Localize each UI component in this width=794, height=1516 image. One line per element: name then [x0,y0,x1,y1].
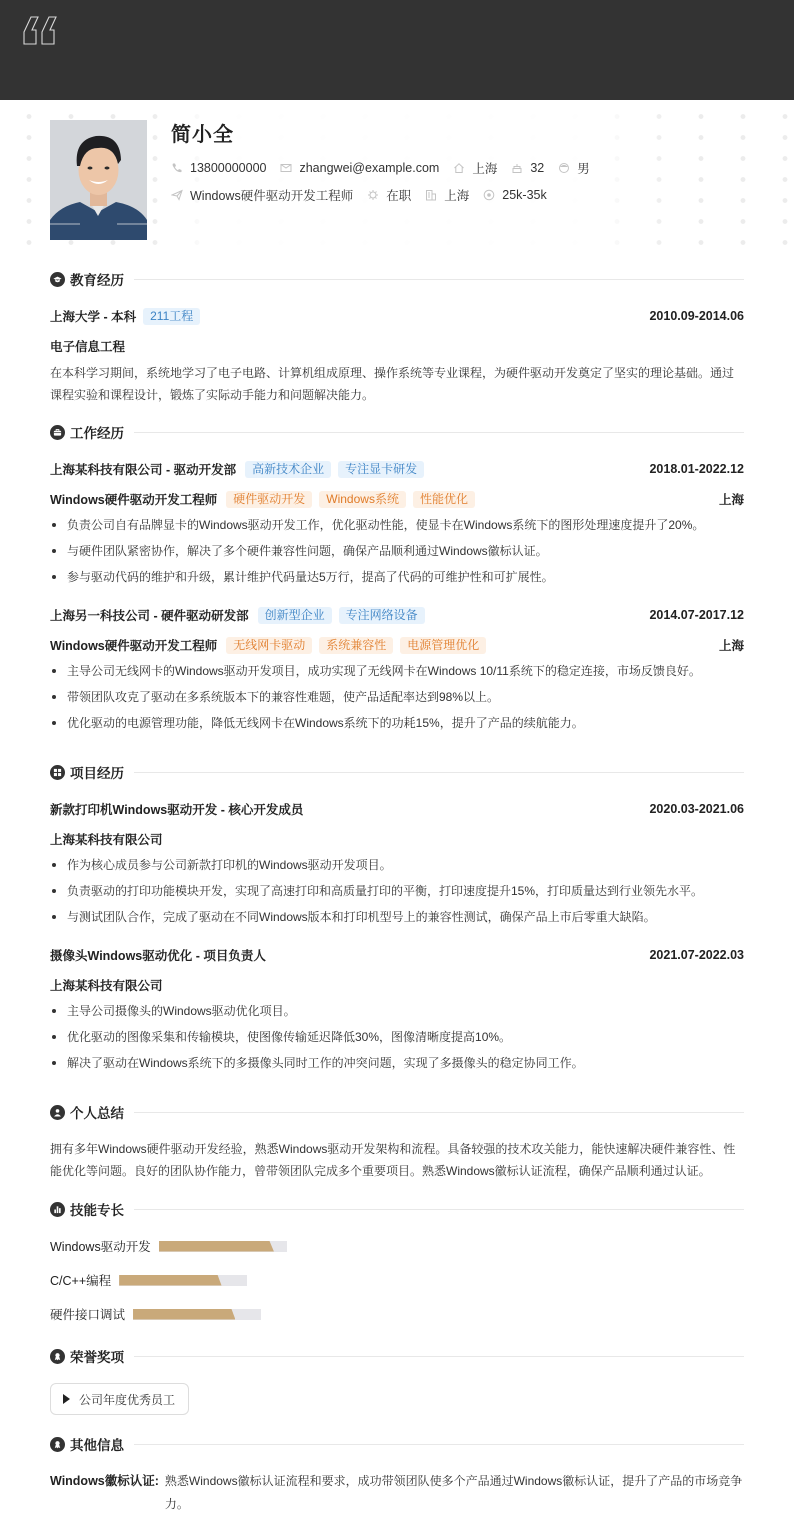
list-item: 解决了驱动在Windows系统下的多摄像头同时工作的冲突问题，实现了多摄像头的稳… [50,1050,744,1076]
section-header: 个人总结 [50,1102,744,1122]
contact-age: 32 [511,161,544,175]
education-item: 上海大学 - 本科 211工程 2010.09-2014.06 电子信息工程 在… [50,307,744,406]
company-tag: 专注显卡研发 [338,461,424,478]
awards-list: 公司年度优秀员工 [50,1383,744,1415]
resume-body: 教育经历 上海大学 - 本科 211工程 2010.09-2014.06 电子信… [0,250,794,1516]
top-banner [0,0,794,100]
divider [134,772,744,773]
project-date: 2020.03-2021.06 [649,802,744,816]
divider [134,1444,744,1445]
mail-icon [280,162,292,174]
skill-name: Windows驱动开发 [50,1237,151,1255]
education-description: 在本科学习期间，系统地学习了电子电路、计算机组成原理、操作系统等专业课程，为硬件… [50,362,744,406]
education-section: 教育经历 上海大学 - 本科 211工程 2010.09-2014.06 电子信… [50,250,744,406]
award-name: 公司年度优秀员工 [79,1391,175,1408]
project-date: 2021.07-2022.03 [649,948,744,962]
divider [134,1209,744,1210]
divider [134,1112,744,1113]
quote-icon [22,14,58,46]
list-item: 与硬件团队紧密协作，解决了多个硬件兼容性问题，确保产品顺利通过Windows徽标… [50,538,744,564]
skill-bar [133,1309,261,1320]
building-icon [425,189,437,201]
major: 电子信息工程 [50,337,744,355]
gender-icon [558,162,570,174]
list-item: 主导公司无线网卡的Windows驱动开发项目，成功实现了无线网卡在Windows… [50,658,744,684]
skill-bar-fill [133,1309,235,1320]
company-tag: 专注网络设备 [339,607,425,624]
skill-name: C/C++编程 [50,1271,111,1289]
school-tag: 211工程 [143,308,200,325]
section-title: 其他信息 [70,1434,124,1454]
list-item: 作为核心成员参与公司新款打印机的Windows驱动开发项目。 [50,852,744,878]
section-header: 其他信息 [50,1434,744,1454]
list-item: 参与驱动代码的维护和升级，累计维护代码量达5万行，提高了代码的可维护性和可扩展性… [50,564,744,590]
skill-bar-fill [119,1275,221,1286]
contact-gender: 男 [558,159,590,177]
list-item: 与测试团队合作，完成了驱动在不同Windows版本和打印机型号上的兼容性测试，确… [50,904,744,930]
job-intent-row: Windows硬件驱动开发工程师 在职 上海 25k-35k [171,186,604,203]
skill-tag: 无线网卡驱动 [226,637,312,654]
other-text: 熟悉Windows徽标认证流程和要求，成功带领团队使多个产品通过Windows徽… [165,1470,744,1516]
skill-item: 硬件接口调试 [50,1305,403,1323]
section-header: 教育经历 [50,269,744,289]
award-item: 公司年度优秀员工 [50,1383,189,1415]
project-item: 摄像头Windows驱动优化 - 项目负责人 2021.07-2022.03 上… [50,946,744,1076]
company-name: 上海某科技有限公司 - 驱动开发部 [50,460,236,478]
skills-list: Windows驱动开发 C/C++编程 硬件接口调试 [50,1237,744,1339]
work-section: 工作经历 上海某科技有限公司 - 驱动开发部 高新技术企业 专注显卡研发 201… [50,422,744,736]
salary-icon [483,189,495,201]
send-icon [171,189,183,201]
work-location: 上海 [719,490,744,508]
home-icon [453,162,465,174]
avatar-photo [50,120,147,240]
company-tag: 创新型企业 [258,607,332,624]
school-name: 上海大学 - 本科 [50,307,136,325]
work-date: 2014.07-2017.12 [649,608,744,622]
work-item: 上海另一科技公司 - 硬件驱动研发部 创新型企业 专注网络设备 2014.07-… [50,606,744,736]
profile-info: 简小全 13800000000 zhangwei@example.com 上海 … [171,118,604,203]
skills-section: 技能专长 Windows驱动开发 C/C++编程 硬件接口调试 [50,1199,744,1339]
user-icon [50,1105,65,1120]
other-label: Windows徽标认证: [50,1470,159,1516]
other-item: Windows徽标认证: 熟悉Windows徽标认证流程和要求，成功带领团队使多… [50,1470,744,1516]
list-item: 主导公司摄像头的Windows驱动优化项目。 [50,998,744,1024]
list-item: 带领团队攻克了驱动在多系统版本下的兼容性难题，使产品适配率达到98%以上。 [50,684,744,710]
skill-bar [119,1275,247,1286]
skill-bar-fill [159,1241,274,1252]
section-title: 工作经历 [70,422,124,442]
education-date: 2010.09-2014.06 [649,309,744,323]
company-name: 上海另一科技公司 - 硬件驱动研发部 [50,606,249,624]
work-location: 上海 [719,636,744,654]
job-title: Windows硬件驱动开发工程师 [50,636,217,654]
summary-text: 拥有多年Windows硬件驱动开发经验，熟悉Windows驱动开发架构和流程。具… [50,1138,744,1182]
grid-icon [50,765,65,780]
project-company: 上海某科技有限公司 [50,976,744,994]
project-item: 新款打印机Windows驱动开发 - 核心开发成员 2020.03-2021.0… [50,800,744,930]
list-item: 优化驱动的电源管理功能，降低无线网卡在Windows系统下的功耗15%，提升了产… [50,710,744,736]
section-title: 项目经历 [70,762,124,782]
project-bullets: 作为核心成员参与公司新款打印机的Windows驱动开发项目。 负责驱动的打印功能… [50,852,744,930]
work-date: 2018.01-2022.12 [649,462,744,476]
contact-phone: 13800000000 [171,161,266,175]
award-icon [50,1349,65,1364]
summary-section: 个人总结 拥有多年Windows硬件驱动开发经验，熟悉Windows驱动开发架构… [50,1102,744,1182]
section-header: 项目经历 [50,762,744,782]
intent-position: Windows硬件驱动开发工程师 [171,186,353,204]
divider [134,279,744,280]
contact-row: 13800000000 zhangwei@example.com 上海 32 男 [171,159,604,176]
section-title: 荣誉奖项 [70,1346,124,1366]
intent-status: 在职 [367,186,411,204]
section-title: 个人总结 [70,1102,124,1122]
status-icon [367,189,379,201]
bar-chart-icon [50,1202,65,1217]
project-name: 摄像头Windows驱动优化 - 项目负责人 [50,946,266,964]
play-triangle-icon [63,1394,70,1404]
skill-bar [159,1241,287,1252]
graduation-cap-icon [50,272,65,287]
work-item: 上海某科技有限公司 - 驱动开发部 高新技术企业 专注显卡研发 2018.01-… [50,460,744,590]
age-icon [511,162,523,174]
skill-tag: Windows系统 [319,491,406,508]
list-item: 优化驱动的图像采集和传输模块，使图像传输延迟降低30%，图像清晰度提高10%。 [50,1024,744,1050]
profile-header: 简小全 13800000000 zhangwei@example.com 上海 … [0,100,794,250]
intent-salary: 25k-35k [483,188,546,202]
skill-tag: 电源管理优化 [400,637,486,654]
briefcase-icon [50,425,65,440]
awards-section: 荣誉奖项 公司年度优秀员工 [50,1346,744,1415]
section-title: 教育经历 [70,269,124,289]
section-header: 技能专长 [50,1199,744,1219]
skill-item: C/C++编程 [50,1271,403,1289]
project-company: 上海某科技有限公司 [50,830,744,848]
skill-item: Windows驱动开发 [50,1237,403,1255]
other-section: 其他信息 Windows徽标认证: 熟悉Windows徽标认证流程和要求，成功带… [50,1434,744,1516]
intent-city: 上海 [425,186,469,204]
contact-email: zhangwei@example.com [280,161,439,175]
skill-tag: 系统兼容性 [319,637,393,654]
phone-icon [171,162,183,174]
work-bullets: 负责公司自有品牌显卡的Windows驱动开发工作，优化驱动性能，使显卡在Wind… [50,512,744,590]
list-item: 负责驱动的打印功能模块开发，实现了高速打印和高质量打印的平衡，打印速度提升15%… [50,878,744,904]
skill-tag: 性能优化 [413,491,475,508]
skill-name: 硬件接口调试 [50,1305,125,1323]
skill-tag: 硬件驱动开发 [226,491,312,508]
list-item: 负责公司自有品牌显卡的Windows驱动开发工作，优化驱动性能，使显卡在Wind… [50,512,744,538]
section-header: 工作经历 [50,422,744,442]
projects-section: 项目经历 新款打印机Windows驱动开发 - 核心开发成员 2020.03-2… [50,762,744,1076]
candidate-name: 简小全 [171,118,604,147]
project-bullets: 主导公司摄像头的Windows驱动优化项目。 优化驱动的图像采集和传输模块，使图… [50,998,744,1076]
divider [134,432,744,433]
company-tag: 高新技术企业 [245,461,331,478]
section-title: 技能专长 [70,1199,124,1219]
divider [134,1356,744,1357]
project-name: 新款打印机Windows驱动开发 - 核心开发成员 [50,800,303,818]
contact-city: 上海 [453,159,497,177]
award-icon [50,1437,65,1452]
work-bullets: 主导公司无线网卡的Windows驱动开发项目，成功实现了无线网卡在Windows… [50,658,744,736]
section-header: 荣誉奖项 [50,1346,744,1366]
job-title: Windows硬件驱动开发工程师 [50,490,217,508]
